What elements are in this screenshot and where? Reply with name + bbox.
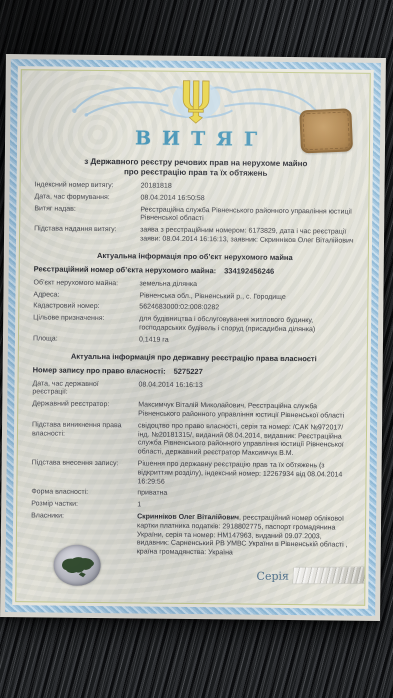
section-header-object: Актуальна інформація про об’єкт нерухомо… bbox=[34, 250, 356, 262]
ownership-record-number-value: 5275227 bbox=[174, 366, 203, 375]
field-label: Індексний номер витягу: bbox=[35, 181, 131, 191]
field-label: Дата, час державної реєстрації: bbox=[32, 380, 128, 399]
field-value: земельна ділянка bbox=[140, 280, 356, 291]
field-row-cadastral-number: Кадастровий номер: 5624683000:02:008:028… bbox=[33, 303, 355, 315]
field-row-address: Адреса: Рівненська обл., Рівненський р.,… bbox=[33, 291, 355, 303]
object-reg-number-value: 334192456246 bbox=[224, 266, 274, 276]
field-label: Підстава виникнення права власності: bbox=[32, 421, 128, 457]
field-value: заява з реєстраційним номером: 6173829, … bbox=[140, 227, 356, 247]
serial-number-block: Серія bbox=[256, 567, 370, 584]
field-row-registration-date: Дата, час державної реєстрації: 08.04.20… bbox=[32, 380, 354, 401]
document-subtitle: з Державного реєстру речових прав на нер… bbox=[35, 156, 357, 178]
subtitle-line2: про реєстрацію прав та їх обтяжень bbox=[35, 166, 357, 179]
field-row-purpose: Цільове призначення: для будівництва і о… bbox=[33, 314, 355, 335]
document-body: ВИТЯГ з Державного реєстру речових прав … bbox=[15, 69, 371, 606]
field-label: Кадастровий номер: bbox=[33, 303, 129, 313]
ownership-record-number-label: Номер запису про право власності: bbox=[33, 365, 166, 375]
field-value: 20181818 bbox=[141, 182, 357, 193]
field-value: Рівненська обл., Рівненський р., с. Горо… bbox=[139, 292, 355, 303]
field-row-registrar: Державний реєстратор: Максимчук Віталій … bbox=[32, 400, 354, 421]
field-label: Форма власності: bbox=[31, 489, 127, 499]
field-value: Реєстраційна служба Рівненського районно… bbox=[140, 206, 356, 226]
field-label: Державний реєстратор: bbox=[32, 400, 128, 419]
field-row-ownership-basis: Підстава виникнення права власності: сві… bbox=[32, 421, 354, 460]
field-value: 1 bbox=[137, 502, 353, 513]
field-value: Максимчук Віталій Миколайович, Реєстраці… bbox=[138, 402, 354, 422]
object-reg-number-label: Реєстраційний номер об’єкта нерухомого м… bbox=[34, 264, 217, 275]
field-value: 08.04.2014 16:16:13 bbox=[138, 381, 354, 401]
ornament-graphic bbox=[56, 77, 336, 128]
field-value: приватна bbox=[137, 490, 353, 501]
field-row-ownership-form: Форма власності: приватна bbox=[31, 489, 353, 501]
serial-number-redaction bbox=[293, 567, 370, 584]
field-label: Підстава надання витягу: bbox=[34, 226, 130, 245]
field-value: Рішення про державну реєстрацію прав та … bbox=[137, 460, 353, 489]
field-value: 5624683000:02:008:0282 bbox=[139, 304, 355, 315]
field-row-index-number: Індексний номер витягу: 20181818 bbox=[35, 181, 357, 193]
field-row-record-basis: Підстава внесення запису: Рішення про де… bbox=[31, 459, 353, 489]
embossed-leather-seal-icon bbox=[299, 108, 353, 153]
field-value: свідоцтво про право власності, серія та … bbox=[138, 422, 354, 459]
field-label: Витяг надав: bbox=[34, 205, 130, 224]
field-value: 0,1419 га bbox=[139, 336, 355, 347]
serial-label: Серія bbox=[256, 569, 289, 582]
field-row-share-size: Розмір частки: 1 bbox=[31, 500, 353, 512]
field-label: Адреса: bbox=[33, 291, 129, 301]
field-row-issuer: Витяг надав: Реєстраційна служба Рівненс… bbox=[34, 205, 356, 226]
field-label: Об’єкт нерухомого майна: bbox=[34, 279, 130, 289]
ukraine-map-hologram-icon bbox=[53, 545, 100, 586]
ownership-rows: Дата, час державної реєстрації: 08.04.20… bbox=[31, 380, 355, 560]
meta-rows: Індексний номер витягу: 20181818 Дата, ч… bbox=[34, 181, 357, 246]
field-label: Розмір частки: bbox=[31, 500, 127, 510]
field-value: для будівництва і обслуговування житлово… bbox=[139, 316, 355, 336]
field-label: Цільове призначення: bbox=[33, 314, 129, 333]
owner-name: Скринніков Олег Віталійович bbox=[137, 513, 239, 521]
ownership-record-number-line: Номер запису про право власності:5275227 bbox=[33, 365, 355, 377]
object-reg-number-line: Реєстраційний номер об’єкта нерухомого м… bbox=[34, 264, 356, 276]
section-header-ownership: Актуальна інформація про державну реєстр… bbox=[33, 351, 355, 363]
field-value: 08.04.2014 16:50:58 bbox=[140, 194, 356, 205]
certificate-paper: ВИТЯГ з Державного реєстру речових прав … bbox=[0, 54, 386, 621]
field-row-object-type: Об’єкт нерухомого майна: земельна ділянк… bbox=[34, 279, 356, 291]
field-label: Підстава внесення запису: bbox=[31, 459, 127, 486]
field-label: Площа: bbox=[33, 335, 129, 345]
photo-background: ВИТЯГ з Державного реєстру речових прав … bbox=[0, 0, 393, 698]
ukraine-map-silhouette bbox=[58, 551, 96, 579]
field-label: Дата, час формування: bbox=[34, 193, 130, 203]
field-row-formation-date: Дата, час формування: 08.04.2014 16:50:5… bbox=[34, 193, 356, 205]
field-value: Скринніков Олег Віталійович, реєстраційн… bbox=[137, 513, 353, 559]
object-rows: Об’єкт нерухомого майна: земельна ділянк… bbox=[33, 279, 356, 347]
field-row-area: Площа: 0,1419 га bbox=[33, 335, 355, 347]
field-row-basis: Підстава надання витягу: заява з реєстра… bbox=[34, 226, 356, 247]
